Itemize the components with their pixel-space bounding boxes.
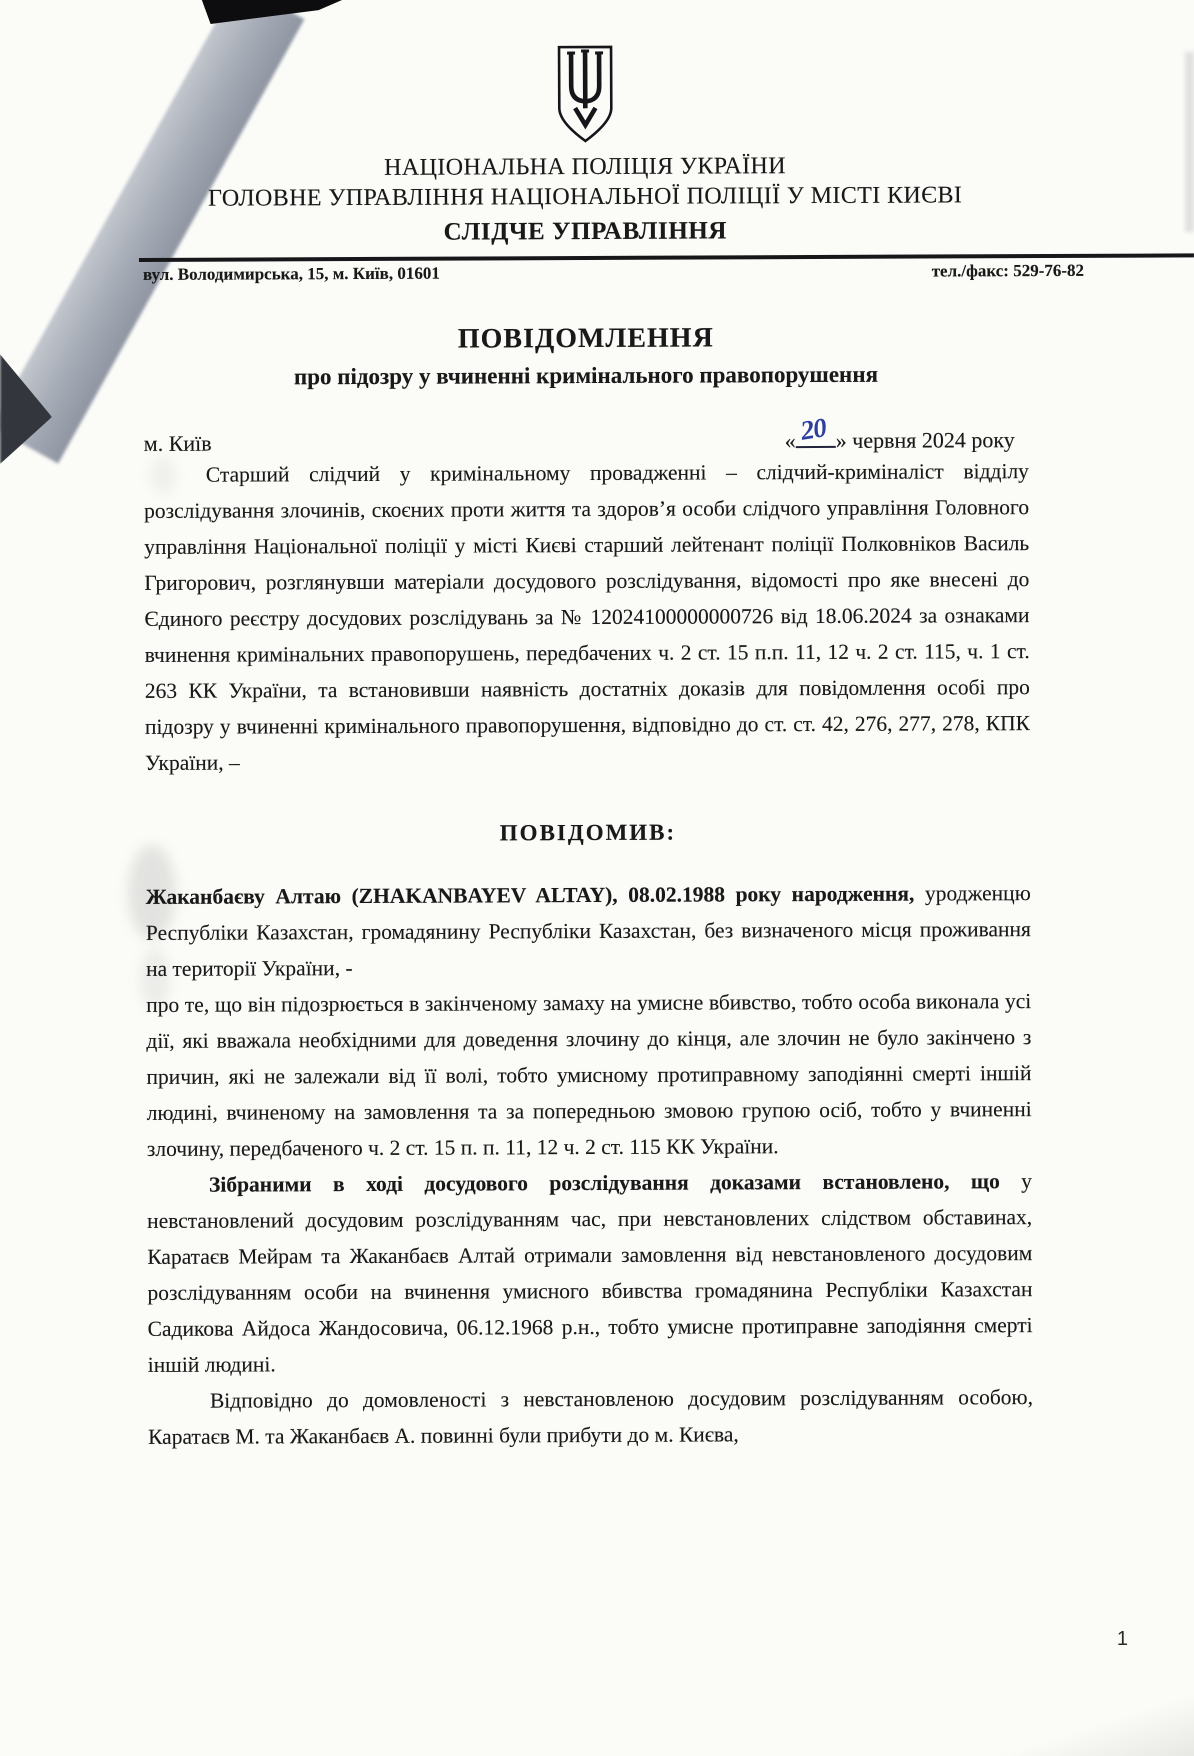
org-address: вул. Володимирська, 15, м. Київ, 01601 — [143, 264, 440, 285]
document-body: Старший слідчий у кримінальному провадже… — [144, 453, 1033, 1455]
evidence-details: у невстановлений досудовим розслідування… — [147, 1169, 1033, 1377]
quote-close: » — [836, 428, 847, 453]
scanned-document-page: НАЦІОНАЛЬНА ПОЛІЦІЯ УКРАЇНИ ГОЛОВНЕ УПРА… — [0, 0, 1194, 1756]
org-name-line2: ГОЛОВНЕ УПРАВЛІННЯ НАЦІОНАЛЬНОЇ ПОЛІЦІЇ … — [143, 180, 1028, 214]
place-label: м. Київ — [144, 431, 212, 457]
org-phone: тел./факс: 529-76-82 — [932, 261, 1084, 282]
ukraine-trident-emblem-icon — [552, 44, 618, 144]
org-name-line1: НАЦІОНАЛЬНА ПОЛІЦІЯ УКРАЇНИ — [142, 150, 1027, 184]
paragraph-evidence: Зібраними в ході досудового розслідуванн… — [147, 1163, 1033, 1383]
date-line: «20» червня 2024 року — [785, 421, 1029, 454]
document-subtitle: про підозру у вчиненні кримінального пра… — [143, 361, 1028, 391]
letterhead: НАЦІОНАЛЬНА ПОЛІЦІЯ УКРАЇНИ ГОЛОВНЕ УПРА… — [142, 42, 1028, 285]
paragraph-agreement: Відповідно до домовленості з невстановле… — [148, 1379, 1033, 1455]
notified-heading: ПОВІДОМИВ: — [145, 813, 1030, 853]
evidence-lead-bold: Зібраними в ході досудового розслідуванн… — [209, 1169, 1000, 1196]
suspect-name-bold: Жаканбаєву Алтаю (ZHAKANBAYEV ALTAY), 08… — [146, 882, 915, 909]
page-number: 1 — [1117, 1628, 1128, 1651]
paragraph-suspect: Жаканбаєву Алтаю (ZHAKANBAYEV ALTAY), 08… — [146, 875, 1031, 987]
document-title: ПОВІДОМЛЕННЯ — [143, 321, 1028, 357]
date-rest: червня 2024 року — [847, 427, 1015, 453]
scan-edge-shade — [1185, 52, 1194, 232]
document-content: НАЦІОНАЛЬНА ПОЛІЦІЯ УКРАЇНИ ГОЛОВНЕ УПРА… — [142, 0, 1033, 1455]
org-name-line3: СЛІДЧЕ УПРАВЛІННЯ — [143, 216, 1028, 248]
day-blank-line: 20 — [796, 422, 836, 448]
paragraph-suspicion: про те, що він підозрюється в закінченом… — [146, 983, 1032, 1167]
quote-open: « — [785, 428, 796, 453]
scan-corner-shade — [974, 1686, 1194, 1756]
handwritten-day: 20 — [798, 412, 828, 447]
paragraph-investigator: Старший слідчий у кримінальному провадже… — [144, 453, 1030, 781]
